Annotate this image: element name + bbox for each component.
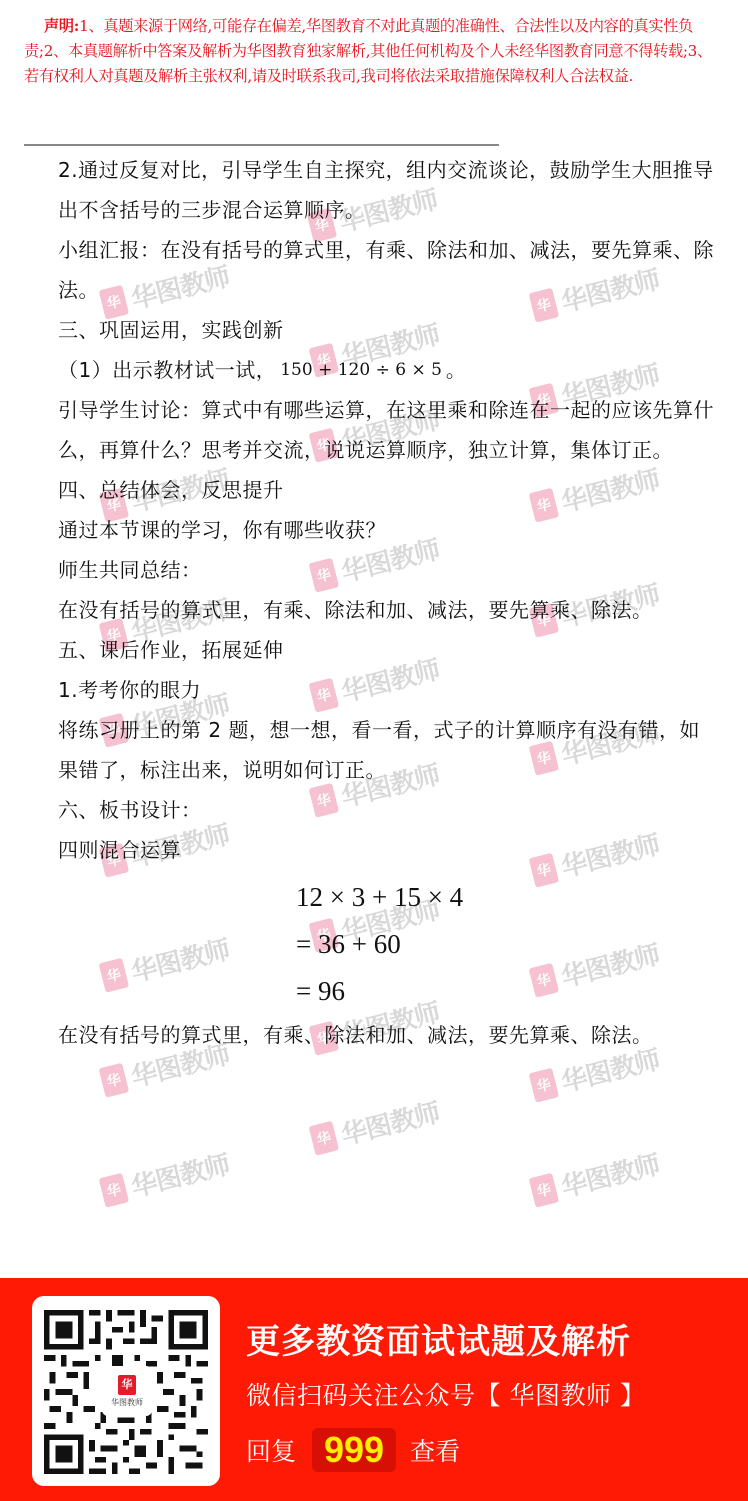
qr-center-logo: 华 华图教师: [102, 1366, 152, 1416]
banner-reply: 回复 999 查看: [246, 1428, 460, 1472]
divider: [24, 144, 499, 146]
paragraph: 引导学生讨论：算式中有哪些运算，在这里乘和除连在一起的应该先算什么，再算什么？思…: [58, 390, 718, 470]
paragraph: 在没有括号的算式里，有乘、除法和加、减法，要先算乘、除法。: [58, 590, 718, 630]
paragraph: 将练习册上的第 2 题，想一想，看一看，式子的计算顺序有没有错，如果错了，标注出…: [58, 710, 718, 790]
section-heading: 四、总结体会，反思提升: [58, 470, 718, 510]
board-design: 12 × 3 + 15 × 4 = 36 + 60 = 96: [58, 874, 718, 1015]
banner-subtitle: 微信扫码关注公众号【 华图教师 】: [246, 1376, 645, 1412]
watermark-logo-icon: 华: [309, 1121, 340, 1156]
watermark-logo-icon: 华: [99, 1173, 130, 1208]
brand-logo-icon: 华: [118, 1375, 136, 1395]
section-heading: 五、课后作业，拓展延伸: [58, 630, 718, 670]
math-expression: 150 + 120 ÷ 6 × 5: [280, 360, 442, 380]
promo-banner: 华 华图教师 更多教资面试试题及解析 微信扫码关注公众号【 华图教师 】 回复 …: [0, 1278, 748, 1501]
reply-suffix: 查看: [410, 1432, 460, 1468]
board-line: = 96: [296, 968, 718, 1015]
paragraph: 在没有括号的算式里，有乘、除法和加、减法，要先算乘、除法。: [58, 1015, 718, 1055]
paragraph: 小组汇报：在没有括号的算式里，有乘、除法和加、减法，要先算乘、除法。: [58, 230, 718, 310]
brand-name: 华图教师: [111, 1397, 143, 1408]
board-line: = 36 + 60: [296, 921, 718, 968]
disclaimer-lead: 声明:: [44, 17, 79, 35]
qr-code-card[interactable]: 华 华图教师: [32, 1296, 220, 1486]
board-line: 12 × 3 + 15 × 4: [296, 874, 718, 921]
section-heading: 三、巩固运用，实践创新: [58, 310, 718, 350]
watermark: 华华图教师: [96, 1133, 254, 1218]
lesson-content: 2.通过反复对比，引导学生自主探究，组内交流谈论，鼓励学生大胆推导出不含括号的三…: [58, 150, 718, 1055]
watermark: 华华图教师: [526, 1133, 684, 1218]
reply-code-badge: 999: [312, 1428, 396, 1472]
section-heading: 六、板书设计：: [58, 790, 718, 830]
watermark-logo-icon: 华: [529, 1173, 560, 1208]
watermark-logo-icon: 华: [99, 1063, 130, 1098]
reply-prefix: 回复: [246, 1432, 296, 1468]
disclaimer: 声明:1、真题来源于网络,可能存在偏差,华图教育不对此真题的准确性、合法性以及内…: [24, 14, 724, 89]
banner-title: 更多教资面试试题及解析: [246, 1314, 631, 1363]
paragraph: 师生共同总结：: [58, 550, 718, 590]
paragraph: （1）出示教材试一试，150 + 120 ÷ 6 × 5。: [58, 350, 718, 390]
watermark-logo-icon: 华: [529, 1068, 560, 1103]
paragraph: 1.考考你的眼力: [58, 670, 718, 710]
paragraph: 四则混合运算: [58, 830, 718, 870]
paragraph: 2.通过反复对比，引导学生自主探究，组内交流谈论，鼓励学生大胆推导出不含括号的三…: [58, 150, 718, 230]
watermark: 华华图教师: [306, 1081, 464, 1166]
disclaimer-text: 1、真题来源于网络,可能存在偏差,华图教育不对此真题的准确性、合法性以及内容的真…: [24, 17, 712, 85]
paragraph: 通过本节课的学习，你有哪些收获？: [58, 510, 718, 550]
